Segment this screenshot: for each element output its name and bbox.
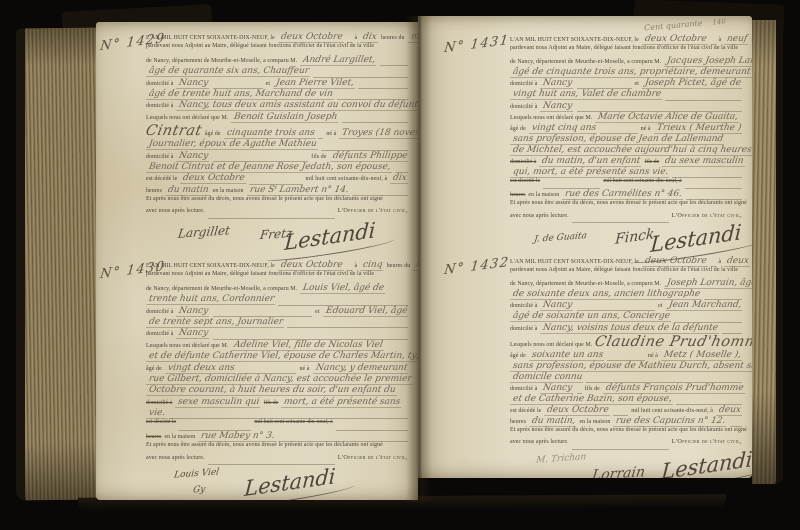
acte-line: Benoit Cintrat et de Jeanne Rose Jedath,… bbox=[146, 162, 408, 173]
handwritten-text: Journalier, époux de Agathe Mathieu bbox=[146, 139, 320, 150]
acte-line: âgé de soixante un ans, Concierge bbox=[510, 311, 742, 322]
rule-line bbox=[600, 126, 638, 134]
acte-line: pardevant nous Adjoint au Maire, délégué… bbox=[146, 43, 408, 54]
printed-text: en la maison bbox=[528, 192, 559, 198]
acte-line: Lesquels nous ont déclaré que M.Claudine… bbox=[510, 334, 742, 350]
handwritten-text: André Largillet, bbox=[300, 55, 378, 66]
acte-line: L'AN MIL HUIT CENT SOIXANTE-DIX-NEUF, le… bbox=[510, 256, 742, 267]
acte-line: rue Gilbert, domiciliée à Nancy, est acc… bbox=[146, 374, 408, 385]
rule-line bbox=[238, 366, 296, 374]
acte-line: avec nous après lecture.L'Officier de l'… bbox=[146, 454, 408, 465]
rule-line bbox=[711, 37, 716, 45]
printed-text: de Nancy, département de Meurthe-et-Mose… bbox=[146, 286, 297, 292]
handwritten-text: deux Octobre bbox=[544, 405, 611, 416]
printed-text: avec nous après lecture. bbox=[510, 213, 569, 219]
register-book: N° 1429 L'AN MIL HUIT CENT SOIXANTE-DIX-… bbox=[14, 6, 780, 508]
handwritten-text: Nancy bbox=[176, 78, 211, 89]
handwritten-text: cinquante trois ans bbox=[224, 128, 317, 139]
printed-text: avec nous après lecture. bbox=[146, 455, 205, 461]
signature: M. Trichan bbox=[535, 452, 586, 466]
rule-line bbox=[676, 397, 742, 405]
handwritten-text: mort, a été présenté sans bbox=[281, 397, 403, 408]
handwritten-text: vie. bbox=[146, 408, 168, 419]
printed-text: âgé de bbox=[510, 126, 526, 132]
acte-line: âgé de trente huit ans, Marchand de vin bbox=[146, 89, 408, 100]
rule-line bbox=[685, 181, 742, 189]
rule-line bbox=[722, 326, 742, 334]
printed-text: mil huit cent soixante-dix-neuf, à bbox=[603, 178, 681, 184]
acte-line: trente huit ans, Cordonnier bbox=[146, 294, 408, 305]
printed-text: de Nancy, département de Meurthe-et-Mose… bbox=[146, 58, 297, 64]
rule-line bbox=[213, 81, 263, 89]
printed-text: Et après nous être assuré du décès, nous… bbox=[146, 442, 383, 448]
printed-text: domicilié à bbox=[510, 81, 537, 87]
handwritten-text: Jean Marchand, bbox=[666, 300, 744, 311]
handwritten-text: sans profession, épouse de Mathieu Durch… bbox=[510, 361, 752, 372]
printed-text: né à bbox=[648, 353, 658, 359]
printed-text: L'Officier de l'état civil, bbox=[672, 438, 742, 445]
signature: Largillet bbox=[177, 223, 231, 241]
acte-line: âgé desoixante un ansné àMetz ( Moselle … bbox=[510, 350, 742, 361]
signature: Lestandi bbox=[650, 216, 752, 256]
acte-line: avec nous après lecture.L'Officier de l'… bbox=[510, 438, 742, 449]
handwritten-text: Nancy bbox=[176, 306, 211, 317]
signature: Lestandi bbox=[244, 461, 358, 500]
right-page: Cent quarante140 N° 1431 L'AN MIL HUIT C… bbox=[418, 16, 752, 478]
handwritten-text: Nancy bbox=[176, 328, 211, 339]
acte-line: domicile connu bbox=[510, 372, 742, 383]
printed-text: heures bbox=[146, 188, 162, 194]
handwritten-text: vingt cinq ans bbox=[529, 123, 599, 134]
printed-text: L'Officier de l'état civil, bbox=[338, 207, 408, 214]
acte-line: domicilié àNancyetEdouard Viel, âgé bbox=[146, 306, 408, 317]
acte-line: domicilié àNancy, voisins tous deux de l… bbox=[510, 323, 742, 334]
acte-line: pardevant nous Adjoint au Maire, délégué… bbox=[146, 271, 408, 282]
signature: Lorrain bbox=[591, 464, 646, 478]
acte-line: vingt huit ans, Valet de chambre bbox=[510, 89, 742, 100]
handwritten-text: du matin, d'un enfant bbox=[539, 156, 643, 167]
acte-line: domicilié àNancy, tous deux amis assista… bbox=[146, 100, 408, 111]
signature: Finck bbox=[614, 226, 654, 248]
printed-text: domicilié à bbox=[146, 81, 173, 87]
acte-line: domicilié àNancyetJoseph Pictet, âgé de bbox=[510, 78, 742, 89]
printed-text: âgé de bbox=[146, 366, 162, 372]
photograph-of-register: { "meta": { "description_note": "Open ci… bbox=[0, 0, 800, 530]
acte-lines: L'AN MIL HUIT CENT SOIXANTE-DIX-NEUF, le… bbox=[146, 32, 408, 219]
handwritten-text: Nancy, voisins tous deux de la défunte bbox=[540, 323, 721, 334]
printed-text: Lesquels nous ont déclaré que M. bbox=[146, 343, 228, 349]
printed-text: pardevant nous Adjoint au Maire, délégué… bbox=[146, 43, 374, 49]
handwritten-text: Joseph Lorrain, âgé bbox=[664, 278, 752, 289]
handwritten-text: deux bbox=[724, 256, 752, 267]
signature: Lestandi bbox=[284, 215, 398, 255]
acte-1432: N° 1432 L'AN MIL HUIT CENT SOIXANTE-DIX-… bbox=[418, 256, 748, 478]
corner-annotation-text: Cent quarante bbox=[644, 18, 703, 32]
handwritten-text: Jacques Joseph Lamblé, bbox=[664, 56, 752, 67]
handwritten-text: Benoit Guislain Joseph bbox=[231, 112, 340, 123]
handwritten-text: du matin, bbox=[529, 416, 578, 427]
acte-line: âgé de quarante six ans, Chauffeur bbox=[146, 66, 408, 77]
rule-line bbox=[213, 154, 309, 162]
rule-line bbox=[336, 423, 408, 431]
signature: Louis Viel bbox=[173, 467, 219, 480]
printed-text: mil huit cent soixante-dix-neuf, à bbox=[306, 176, 388, 182]
acte-line: et de Catherine Bazin, son épouse, bbox=[510, 394, 742, 405]
handwritten-text: deux Octobre bbox=[642, 34, 709, 45]
acte-1431: N° 1431 L'AN MIL HUIT CENT SOIXANTE-DIX-… bbox=[418, 34, 748, 267]
rule-line bbox=[279, 434, 408, 442]
acte-lines: L'AN MIL HUIT CENT SOIXANTE-DIX-NEUF, le… bbox=[510, 256, 742, 450]
rule-line bbox=[672, 170, 742, 178]
printed-text: à bbox=[355, 35, 358, 41]
printed-text: domicilié à bbox=[146, 154, 173, 160]
acte-signatures: Louis VielGyLestandi bbox=[146, 465, 408, 500]
acte-line: de soixante deux ans, ancien lithographe bbox=[510, 289, 742, 300]
acte-line: de trente sept ans, Journalier bbox=[146, 317, 408, 328]
handwritten-text: rue Gilbert, domiciliée à Nancy, est acc… bbox=[146, 374, 414, 385]
printed-text: L'Officier de l'état civil, bbox=[338, 454, 408, 461]
printed-text: pardevant nous Adjoint au Maire, délégué… bbox=[510, 45, 738, 51]
acte-line: Cintratâgé decinquante trois ansné àTroy… bbox=[146, 123, 408, 139]
printed-text: fils de bbox=[264, 400, 279, 406]
handwritten-text: sexe masculin qui bbox=[175, 397, 262, 408]
printed-text: fils de bbox=[311, 154, 326, 160]
printed-text: heures bbox=[510, 419, 526, 425]
handwritten-text: Octobre courant, à huit heures du soir, … bbox=[146, 385, 398, 396]
acte-line: est décédé lemil huit cent soixante-dix-… bbox=[146, 419, 408, 430]
handwritten-text: Nancy bbox=[540, 383, 575, 394]
printed-text: domicilié à bbox=[146, 309, 173, 315]
handwritten-text: rue Mabey n° 3. bbox=[198, 431, 277, 442]
handwritten-text: cinq bbox=[360, 260, 385, 271]
handwritten-text: vingt huit ans, Valet de chambre bbox=[510, 89, 664, 100]
signature: Lestandi bbox=[661, 443, 752, 478]
handwritten-text: Louis Viel, âgé de bbox=[300, 283, 387, 294]
handwritten-text: vingt deux ans bbox=[165, 363, 237, 374]
acte-signatures: M. TrichanLorrainLestandi bbox=[510, 450, 742, 479]
acte-number: N° 1431 bbox=[443, 33, 510, 56]
printed-text: L'AN MIL HUIT CENT SOIXANTE-DIX-NEUF, le bbox=[510, 37, 639, 43]
printed-text: et bbox=[658, 303, 662, 309]
handwritten-text: Trieux ( Meurthe ) bbox=[654, 123, 744, 134]
acte-line: L'AN MIL HUIT CENT SOIXANTE-DIX-NEUF, le… bbox=[146, 260, 408, 271]
rule-line bbox=[321, 143, 408, 151]
rule-line bbox=[213, 309, 313, 317]
corner-annotation: Cent quarante140 bbox=[644, 16, 726, 32]
acte-line: domicilié àNancyfils dedéfunts Philippe bbox=[146, 151, 408, 162]
printed-text: de Nancy, département de Meurthe-et-Mose… bbox=[510, 59, 661, 65]
acte-line: Lesquels nous ont déclaré que M.Benoit G… bbox=[146, 112, 408, 123]
printed-text: avec nous après lecture. bbox=[510, 439, 569, 445]
rule-line bbox=[313, 70, 408, 78]
acte-line: pardevant nous Adjoint au Maire, délégué… bbox=[510, 267, 742, 278]
acte-line: domicilié àNancyetJean Pierre Vilet, bbox=[146, 78, 408, 89]
acte-line: Et après nous être assuré du décès, nous… bbox=[510, 427, 742, 438]
acte-line: heuresdu matin,en la maisonrue des Capuc… bbox=[510, 416, 742, 427]
handwritten-text: trente huit ans, Cordonnier bbox=[146, 294, 277, 305]
handwritten-text: Metz ( Moselle ), bbox=[661, 350, 744, 361]
acte-line: vie. bbox=[146, 408, 408, 419]
acte-line: Lesquels nous ont déclaré que M.Adeline … bbox=[146, 340, 408, 351]
handwritten-text: dix bbox=[360, 32, 379, 43]
acte-line: Et après nous être assuré du décès, nous… bbox=[510, 200, 742, 211]
acte-line: de Nancy, département de Meurthe-et-Mose… bbox=[510, 56, 742, 67]
handwritten-text: Adeline Viel, fille de Nicolas Viel bbox=[231, 340, 385, 351]
printed-text: domicilié à bbox=[510, 326, 537, 332]
printed-text: pardevant nous Adjoint au Maire, délégué… bbox=[510, 267, 738, 273]
rule-line bbox=[711, 259, 716, 267]
printed-text: est décédé le bbox=[146, 176, 177, 182]
acte-line: L'AN MIL HUIT CENT SOIXANTE-DIX-NEUF, le… bbox=[510, 34, 742, 45]
rule-line bbox=[287, 320, 408, 328]
handwritten-text: et de défunte Catherine Viel, épouse de … bbox=[146, 351, 418, 362]
acte-line: avec nous après lecture.L'Officier de l'… bbox=[510, 212, 742, 223]
handwritten-text: Edouard Viel, âgé bbox=[323, 306, 410, 317]
handwritten-text: âgé de quarante six ans, Chauffeur bbox=[146, 66, 312, 77]
acte-line: est décédé ledeux Octobremil huit cent s… bbox=[510, 405, 742, 416]
rule-line bbox=[572, 215, 669, 223]
acte-lines: L'AN MIL HUIT CENT SOIXANTE-DIX-NEUF, le… bbox=[146, 260, 408, 465]
rule-line bbox=[179, 423, 251, 431]
printed-text: mil huit cent soixante-dix-neuf, à bbox=[254, 419, 332, 425]
printed-text: né à bbox=[299, 366, 309, 372]
acte-line: L'AN MIL HUIT CENT SOIXANTE-DIX-NEUF, le… bbox=[146, 32, 408, 43]
acte-line: âgé devingt deux ansné àNancy, y demeura… bbox=[146, 363, 408, 374]
corner-annotation-number: 140 bbox=[712, 17, 726, 26]
handwritten-text: défunts Philippe bbox=[330, 151, 410, 162]
handwritten-text: rue des Capucins n° 12. bbox=[613, 416, 728, 427]
acte-line: qui, mort, a été présenté sans vie. bbox=[510, 167, 742, 178]
printed-text: domicilié à bbox=[510, 303, 537, 309]
rule-line bbox=[213, 332, 408, 340]
acte-line: avec nous après lecture.L'Officier de l'… bbox=[146, 207, 408, 218]
rule-line bbox=[586, 375, 742, 383]
handwritten-text: Nancy bbox=[176, 151, 211, 162]
rule-line bbox=[686, 192, 742, 200]
handwritten-text: Benoit Cintrat et de Jeanne Rose Jedath,… bbox=[146, 162, 393, 173]
printed-text: avec nous après lecture. bbox=[146, 208, 205, 214]
handwritten-text: de Michtel, est accouchée aujourd'hui à … bbox=[510, 145, 752, 156]
printed-text: est décédé le bbox=[146, 419, 176, 425]
handwritten-text: de soixante deux ans, ancien lithographe bbox=[510, 289, 703, 300]
printed-text: en la maison bbox=[213, 188, 244, 194]
printed-text: heures bbox=[146, 434, 161, 440]
printed-text: heures du bbox=[381, 35, 405, 41]
printed-text: à bbox=[355, 263, 358, 269]
handwritten-text: Claudine Prud'homme bbox=[594, 334, 752, 350]
acte-line: Et après nous être assuré du décès, nous… bbox=[146, 442, 408, 453]
printed-text: domicilié à bbox=[146, 331, 173, 337]
rule-line bbox=[674, 315, 742, 323]
printed-text: heures bbox=[510, 192, 525, 198]
rule-line bbox=[730, 419, 742, 427]
printed-text: en la maison bbox=[579, 419, 610, 425]
printed-text: fils de bbox=[585, 386, 600, 392]
handwritten-text: âgé de soixante un ans, Concierge bbox=[510, 311, 673, 322]
handwritten-text: qui, mort, a été présenté sans vie. bbox=[510, 167, 671, 178]
printed-text: né à bbox=[326, 131, 336, 137]
rule-line bbox=[572, 442, 669, 450]
handwritten-text: Jean Pierre Vilet, bbox=[273, 78, 357, 89]
rule-line bbox=[318, 131, 323, 139]
printed-text: à bbox=[719, 37, 722, 43]
handwritten-text: deux Octobre bbox=[642, 256, 709, 267]
printed-text: âgé de bbox=[510, 353, 526, 359]
acte-line: heuresen la maisonrue des Carmélites n° … bbox=[510, 189, 742, 200]
acte-line: est décédé ledeux Octobremil huit cent s… bbox=[146, 173, 408, 184]
acte-line: de Nancy, département de Meurthe-et-Mose… bbox=[146, 55, 408, 66]
printed-text: et bbox=[266, 81, 270, 87]
printed-text: de Nancy, département de Meurthe-et-Mose… bbox=[510, 281, 661, 287]
handwritten-text: Nancy, tous deux amis assistant au convo… bbox=[176, 100, 418, 111]
acte-line: domicilié àNancy bbox=[146, 328, 408, 339]
acte-line: heuresen la maisonrue Mabey n° 3. bbox=[146, 431, 408, 442]
acte-line: de Michtel, est accouchée aujourd'hui à … bbox=[510, 145, 742, 156]
handwritten-text: domicile connu bbox=[510, 372, 585, 383]
handwritten-text: du sexe masculin bbox=[662, 156, 746, 167]
handwritten-text: Nancy bbox=[540, 101, 575, 112]
acte-line: est décédé lemil huit cent soixante-dix-… bbox=[510, 178, 742, 189]
rule-line bbox=[577, 386, 582, 394]
printed-text: heures du bbox=[751, 37, 752, 43]
left-page: N° 1429 L'AN MIL HUIT CENT SOIXANTE-DIX-… bbox=[96, 22, 418, 500]
rule-line bbox=[342, 115, 408, 123]
acte-line: âgé devingt cinq ansné àTrieux ( Meurthe… bbox=[510, 123, 742, 134]
rule-line bbox=[352, 188, 408, 196]
acte-line: domicilié àsexe masculin quifils demort,… bbox=[146, 397, 408, 408]
page-stack-fore-edge-left bbox=[16, 28, 105, 501]
handwritten-text: Nancy bbox=[540, 78, 575, 89]
acte-line: Et après nous être assuré du décès, nous… bbox=[146, 196, 408, 207]
page-stack-fore-edge-right bbox=[752, 20, 783, 484]
printed-text: et bbox=[315, 309, 319, 315]
acte-line: pardevant nous Adjoint au Maire, délégué… bbox=[510, 45, 742, 56]
printed-text: et bbox=[635, 81, 639, 87]
acte-line: domicilié àNancyfils dedéfunts François … bbox=[510, 383, 742, 394]
acte-line: heuresdu matinen la maisonrue Sᵗ Lambert… bbox=[146, 185, 408, 196]
printed-text: domicilié à bbox=[146, 103, 173, 109]
handwritten-text: âgé de trente huit ans, Marchand de vin bbox=[146, 89, 336, 100]
handwritten-text: défunts François Prud'homme bbox=[603, 383, 746, 394]
handwritten-text: et de Catherine Bazin, son épouse, bbox=[510, 394, 675, 405]
rule-line bbox=[278, 298, 408, 306]
handwritten-text: de trente sept ans, Journalier bbox=[146, 317, 286, 328]
printed-text: Et après nous être assuré du décès, nous… bbox=[146, 196, 383, 202]
handwritten-text: sans profession, épouse de Jean de Lalle… bbox=[510, 134, 726, 145]
handwritten-text: rue Sᵗ Lambert n° 14. bbox=[247, 185, 351, 196]
signature: Gy bbox=[192, 485, 206, 496]
acte-line: Lesquels nous ont déclaré que M.Marie Oc… bbox=[510, 112, 742, 123]
printed-text: L'AN MIL HUIT CENT SOIXANTE-DIX-NEUF, le bbox=[510, 259, 639, 265]
printed-text: Et après nous être assuré du décès, nous… bbox=[510, 427, 747, 433]
handwritten-text: deux Octobre bbox=[278, 260, 345, 271]
printed-text: est décédé le bbox=[510, 178, 540, 184]
printed-text: mil huit cent soixante-dix-neuf, à bbox=[631, 408, 713, 414]
acte-line: et de défunte Catherine Viel, épouse de … bbox=[146, 351, 408, 362]
acte-lines: L'AN MIL HUIT CENT SOIXANTE-DIX-NEUF, le… bbox=[510, 34, 742, 223]
gutter-shadow bbox=[406, 16, 432, 502]
acte-signatures: LargilletFretzLestandi bbox=[146, 219, 408, 263]
handwritten-text: deux bbox=[716, 405, 744, 416]
acte-1429: N° 1429 L'AN MIL HUIT CENT SOIXANTE-DIX-… bbox=[96, 32, 414, 263]
rule-line bbox=[208, 457, 335, 465]
rule-line bbox=[249, 177, 302, 185]
acte-line: de Nancy, département de Meurthe-et-Mose… bbox=[510, 278, 742, 289]
handwritten-text: rue des Carmélites n° 46. bbox=[562, 189, 685, 200]
rule-line bbox=[380, 58, 408, 66]
handwritten-text: âgé de cinquante trois ans, propriétaire… bbox=[510, 67, 752, 78]
acte-line: domicilié àNancy bbox=[510, 101, 742, 112]
handwritten-text: neuf bbox=[724, 34, 750, 45]
printed-text: domicilié à bbox=[510, 386, 537, 392]
acte-line: domicilié àdu matin, d'un enfantfils ded… bbox=[510, 156, 742, 167]
printed-text: L'Officier de l'état civil, bbox=[672, 212, 742, 219]
acte-line: sans profession, épouse de Jean de Lalle… bbox=[510, 134, 742, 145]
handwritten-text: deux Octobre bbox=[180, 173, 247, 184]
printed-text: Et après nous être assuré du décès, nous… bbox=[510, 200, 747, 206]
acte-line: domicilié àNancyetJean Marchand, bbox=[510, 300, 742, 311]
printed-text: domicilié à bbox=[146, 400, 172, 406]
acte-line: Octobre courant, à huit heures du soir, … bbox=[146, 385, 408, 396]
acte-line: Journalier, époux de Agathe Mathieu bbox=[146, 139, 408, 150]
rule-line bbox=[607, 353, 645, 361]
handwritten-text: soixante un ans bbox=[529, 350, 606, 361]
handwritten-text: Nancy, y demeurant bbox=[313, 363, 410, 374]
acte-line: de Nancy, département de Meurthe-et-Mose… bbox=[146, 283, 408, 294]
rule-line bbox=[577, 104, 742, 112]
printed-text: à bbox=[719, 259, 722, 265]
handwritten-text: Marie Octavie Alice de Guaita, bbox=[595, 112, 741, 123]
handwritten-text: Nancy bbox=[540, 300, 575, 311]
printed-text: âgé de bbox=[205, 131, 221, 137]
acte-1430: N° 1430 L'AN MIL HUIT CENT SOIXANTE-DIX-… bbox=[96, 260, 414, 500]
rule-line bbox=[208, 211, 335, 219]
printed-text: Lesquels nous ont déclaré que M. bbox=[510, 115, 592, 121]
printed-text: fils de bbox=[645, 159, 660, 165]
handwritten-text: Cintrat bbox=[144, 123, 203, 139]
printed-text: domicilié à bbox=[510, 159, 536, 165]
printed-text: Lesquels nous ont déclaré que M. bbox=[510, 342, 592, 348]
acte-line: âgé de cinquante trois ans, propriétaire… bbox=[510, 67, 742, 78]
printed-text: Lesquels nous ont déclaré que M. bbox=[146, 115, 228, 121]
handwritten-text: deux Octobre bbox=[278, 32, 345, 43]
handwritten-text: du matin bbox=[165, 185, 211, 196]
signature: J. de Guaita bbox=[533, 231, 587, 245]
printed-text: né à bbox=[641, 126, 651, 132]
rule-line bbox=[358, 81, 408, 89]
printed-text: domicilié à bbox=[510, 104, 537, 110]
acte-line: sans profession, épouse de Mathieu Durch… bbox=[510, 361, 742, 372]
handwritten-text: Joseph Pictet, âgé de bbox=[642, 78, 744, 89]
printed-text: est décédé le bbox=[510, 408, 541, 414]
rule-line bbox=[665, 93, 742, 101]
acte-number: N° 1432 bbox=[443, 255, 510, 278]
printed-text: pardevant nous Adjoint au Maire, délégué… bbox=[146, 271, 374, 277]
printed-text: en la maison bbox=[164, 434, 195, 440]
